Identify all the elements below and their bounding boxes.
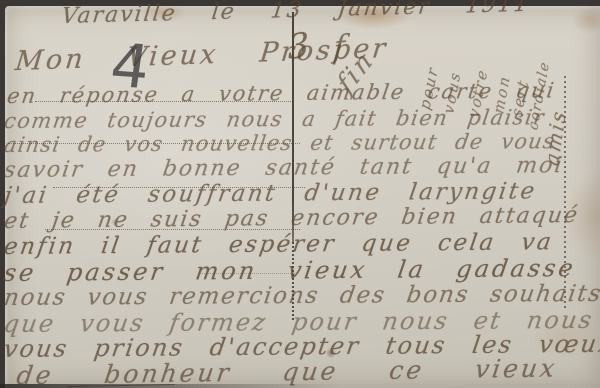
handwriting-line: ainsi de vos nouvelles et surtout de vou… [2,129,557,157]
photo-background: { "postcard": { "dateline": "Varaville l… [0,0,600,388]
margin-word: pour [416,64,442,112]
postcard-photo: Varaville le 13 Janvier 1911 Mon Vieux P… [0,0,600,388]
photo-bottom-edge [0,384,340,388]
postcard: Varaville le 13 Janvier 1911 Mon Vieux P… [5,6,600,388]
ink-scribble: 3 [287,25,310,68]
dateline: Varaville le 13 Janvier 1911 [60,0,531,29]
